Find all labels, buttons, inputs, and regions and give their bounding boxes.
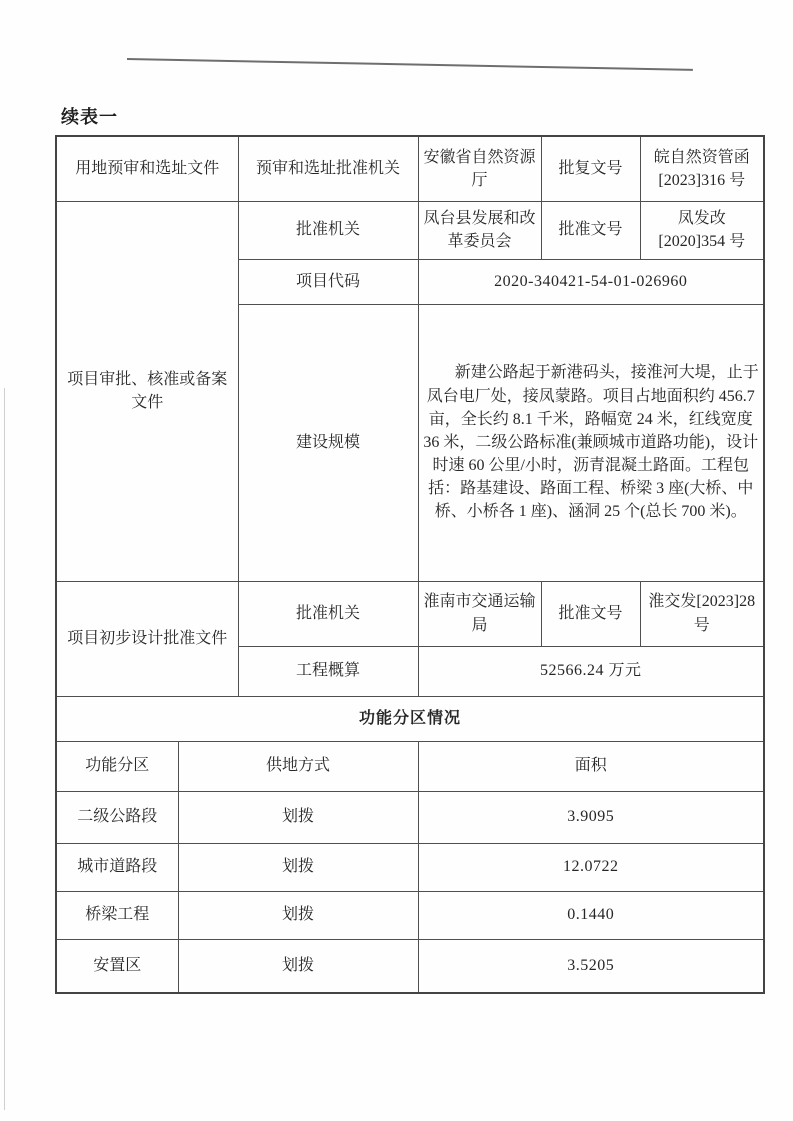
cell-project-docno-value: 凤发改[2020]354 号 <box>640 201 764 259</box>
cell-design-file-label: 项目初步设计批准文件 <box>56 581 238 696</box>
cell-land-authority-label: 预审和选址批准机关 <box>238 136 418 201</box>
cell-design-docno-value: 淮交发[2023]28号 <box>640 581 764 646</box>
cell-design-approve-org-label: 批准机关 <box>238 581 418 646</box>
header-rule-line <box>127 58 693 71</box>
cell-scale-label: 建设规模 <box>238 304 418 581</box>
cell-supply-mode: 划拨 <box>178 843 418 891</box>
cell-design-docno-label: 批准文号 <box>541 581 640 646</box>
cell-scale-text: 新建公路起于新港码头，接淮河大堤，止于凤台电厂处，接凤蒙路。项目占地面积约 45… <box>418 304 764 581</box>
cell-budget-value: 52566.24 万元 <box>418 646 764 696</box>
table-row: 二级公路段 划拨 3.9095 <box>56 791 764 843</box>
cell-supply-mode: 划拨 <box>178 891 418 939</box>
scanned-document-page: 续表一 用地预审和选址文件 预审和选址批准机关 安徽省自然资源厅 批复文号 皖自… <box>0 0 793 1121</box>
cell-supply-mode: 划拨 <box>178 791 418 843</box>
cell-project-approve-org-value: 凤台县发展和改革委员会 <box>418 201 541 259</box>
table-row: 用地预审和选址文件 预审和选址批准机关 安徽省自然资源厅 批复文号 皖自然资管函… <box>56 136 764 201</box>
cell-area-header: 面积 <box>418 741 764 791</box>
table-row: 桥梁工程 划拨 0.1440 <box>56 891 764 939</box>
cell-area-value: 3.5205 <box>418 939 764 993</box>
cell-zone-name: 安置区 <box>56 939 178 993</box>
cell-land-authority-value: 安徽省自然资源厅 <box>418 136 541 201</box>
cell-project-file-label: 项目审批、核准或备案文件 <box>56 201 238 581</box>
table-row: 项目初步设计批准文件 批准机关 淮南市交通运输局 批准文号 淮交发[2023]2… <box>56 581 764 646</box>
cell-project-docno-label: 批准文号 <box>541 201 640 259</box>
cell-zone-header: 功能分区 <box>56 741 178 791</box>
cell-zones-section-title: 功能分区情况 <box>56 696 764 741</box>
approval-info-table: 用地预审和选址文件 预审和选址批准机关 安徽省自然资源厅 批复文号 皖自然资管函… <box>55 135 765 994</box>
cell-budget-label: 工程概算 <box>238 646 418 696</box>
cell-area-value: 3.9095 <box>418 791 764 843</box>
table-row: 安置区 划拨 3.5205 <box>56 939 764 993</box>
construction-scale-paragraph: 新建公路起于新港码头，接淮河大堤，止于凤台电厂处，接凤蒙路。项目占地面积约 45… <box>423 361 760 523</box>
cell-project-code-label: 项目代码 <box>238 259 418 304</box>
cell-land-docno-label: 批复文号 <box>541 136 640 201</box>
cell-area-value: 12.0722 <box>418 843 764 891</box>
cell-project-approve-org-label: 批准机关 <box>238 201 418 259</box>
table-row: 功能分区 供地方式 面积 <box>56 741 764 791</box>
scan-edge-artifact <box>4 388 5 1110</box>
cell-design-approve-org-value: 淮南市交通运输局 <box>418 581 541 646</box>
cell-zone-name: 桥梁工程 <box>56 891 178 939</box>
table-row: 项目审批、核准或备案文件 批准机关 凤台县发展和改革委员会 批准文号 凤发改[2… <box>56 201 764 259</box>
cell-supply-mode: 划拨 <box>178 939 418 993</box>
cell-project-code-value: 2020-340421-54-01-026960 <box>418 259 764 304</box>
cell-land-preapproval-label: 用地预审和选址文件 <box>56 136 238 201</box>
table-row: 功能分区情况 <box>56 696 764 741</box>
cell-zone-name: 二级公路段 <box>56 791 178 843</box>
table-row: 城市道路段 划拨 12.0722 <box>56 843 764 891</box>
cell-supply-header: 供地方式 <box>178 741 418 791</box>
page-title: 续表一 <box>61 103 118 129</box>
cell-area-value: 0.1440 <box>418 891 764 939</box>
cell-zone-name: 城市道路段 <box>56 843 178 891</box>
cell-land-docno-value: 皖自然资管函[2023]316 号 <box>640 136 764 201</box>
